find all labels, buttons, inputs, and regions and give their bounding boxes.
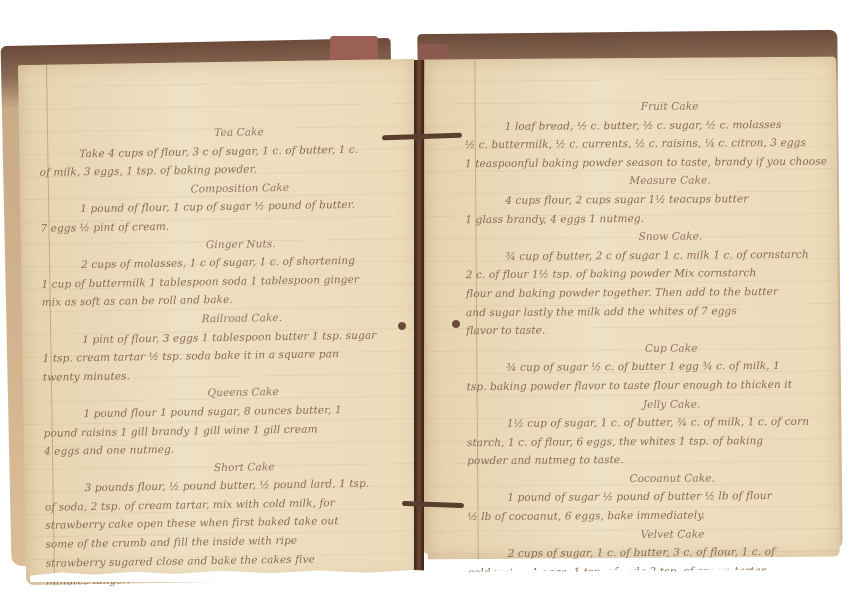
recipe-line: 1½ cup of sugar, 1 c. of butter, ¾ c. of… bbox=[467, 413, 837, 434]
right-page: Fruit Cake 1 loaf bread, ½ c. butter, ½ … bbox=[424, 57, 839, 560]
recipe-line: ½ c. buttermilk, ½ c. currents, ½ c. rai… bbox=[465, 134, 835, 155]
recipe-line: 1 teaspoonful baking powder season to ta… bbox=[465, 152, 835, 173]
left-page-text: Tea Cake Take 4 cups of flour, 3 c of su… bbox=[39, 121, 406, 591]
binding-hole-right bbox=[452, 320, 460, 328]
right-page-text: Fruit Cake 1 loaf bread, ½ c. butter, ½ … bbox=[465, 97, 838, 583]
binding-hole-left bbox=[398, 322, 406, 330]
recipe-line: ¾ cup of butter, 2 c of sugar 1 c. milk … bbox=[466, 245, 836, 266]
recipe-line: tsp. baking powder flavor to taste flour… bbox=[466, 375, 836, 396]
recipe-book: Tea Cake Take 4 cups of flour, 3 c of su… bbox=[0, 0, 861, 594]
left-page: Tea Cake Take 4 cups of flour, 3 c of su… bbox=[18, 59, 422, 585]
